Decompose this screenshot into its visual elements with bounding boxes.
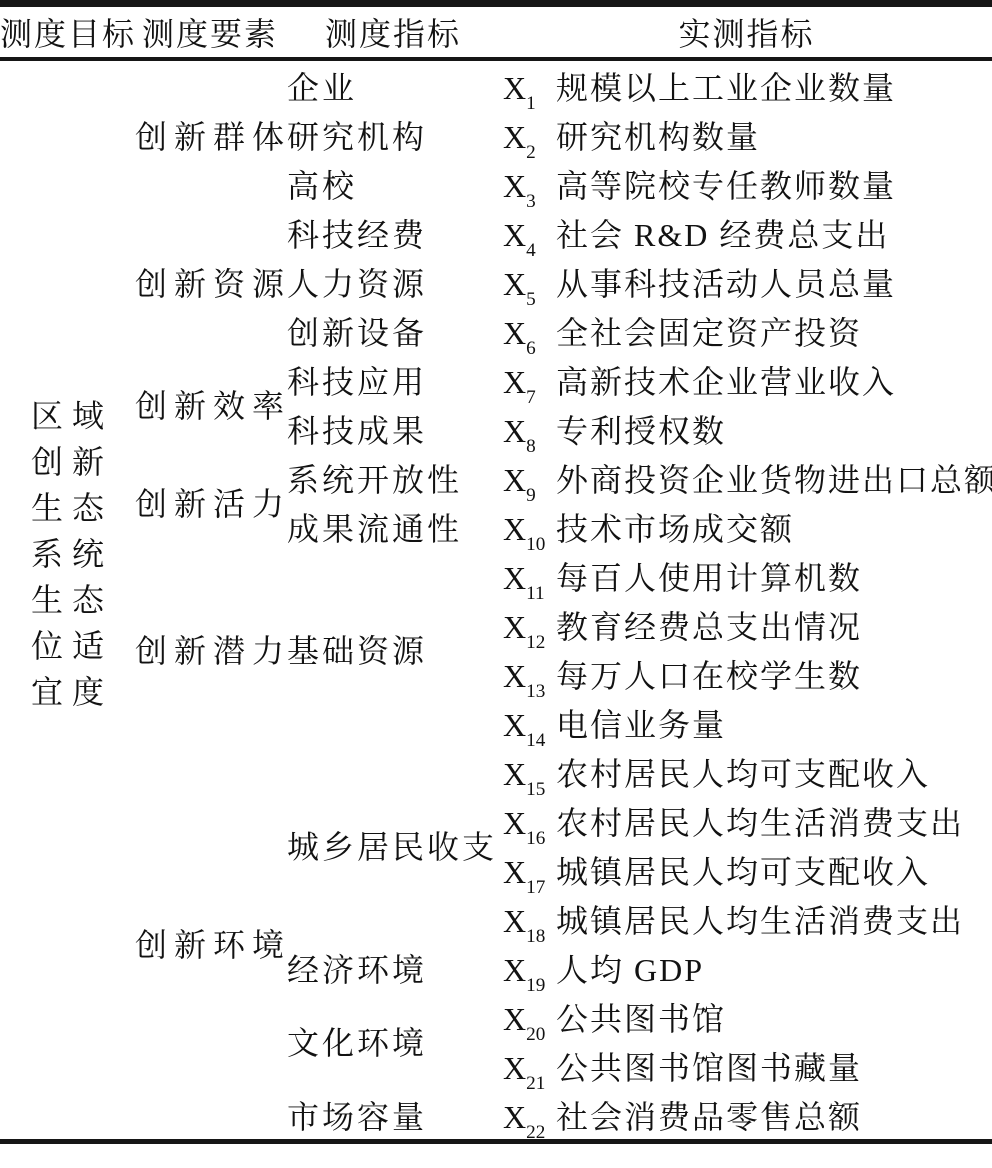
measured-cell: X4社会 R&D 经费总支出 (501, 208, 992, 257)
measured-text: 高新技术企业营业收入 (556, 364, 896, 400)
indicator-cell: 文化环境 (285, 992, 501, 1090)
paper-table-page: 测度目标 测度要素 测度指标 实测指标 区域创新生态系统生态位适宜度创新群体企业… (0, 0, 992, 1168)
target-line: 创新 (0, 439, 144, 485)
measurement-indicator-table: 测度目标 测度要素 测度指标 实测指标 区域创新生态系统生态位适宜度创新群体企业… (0, 0, 992, 1144)
element-cell: 创新活力 (135, 453, 285, 551)
measured-text: 城镇居民人均可支配收入 (556, 854, 930, 890)
target-line: 生态 (0, 577, 144, 623)
measured-cell: X1规模以上工业企业数量 (501, 59, 992, 110)
indicator-cell: 经济环境 (285, 943, 501, 992)
measured-cell: X19人均 GDP (501, 943, 992, 992)
target-line: 宜度 (0, 669, 144, 715)
measured-text: 社会消费品零售总额 (556, 1099, 862, 1135)
measured-symbol: X20 (503, 1001, 556, 1038)
measured-symbol: X5 (503, 266, 556, 303)
indicator-cell: 基础资源 (285, 551, 501, 747)
header-measure-indicator: 测度指标 (285, 4, 501, 60)
target-cell: 区域创新生态系统生态位适宜度 (0, 59, 135, 1142)
element-cell: 创新资源 (135, 208, 285, 355)
measured-text: 规模以上工业企业数量 (556, 70, 896, 106)
measured-text: 技术市场成交额 (556, 511, 794, 547)
measured-cell: X20公共图书馆 (501, 992, 992, 1041)
table-row: 创新活力系统开放性X9外商投资企业货物进出口总额 (0, 453, 992, 502)
measured-text: 研究机构数量 (556, 119, 760, 155)
target-line: 生态 (0, 485, 144, 531)
measured-text: 高等院校专任教师数量 (556, 168, 896, 204)
measured-cell: X15农村居民人均可支配收入 (501, 747, 992, 796)
measured-text: 城镇居民人均生活消费支出 (556, 903, 964, 939)
table-row: 区域创新生态系统生态位适宜度创新群体企业X1规模以上工业企业数量 (0, 59, 992, 110)
measured-cell: X3高等院校专任教师数量 (501, 159, 992, 208)
measured-symbol: X21 (503, 1050, 556, 1087)
measured-cell: X17城镇居民人均可支配收入 (501, 845, 992, 894)
measured-symbol: X3 (503, 168, 556, 205)
indicator-cell: 企业 (285, 59, 501, 110)
measured-text: 社会 R&D 经费总支出 (556, 217, 889, 253)
measured-symbol: X22 (503, 1099, 556, 1136)
measured-text: 农村居民人均生活消费支出 (556, 805, 964, 841)
table-body: 区域创新生态系统生态位适宜度创新群体企业X1规模以上工业企业数量研究机构X2研究… (0, 59, 992, 1142)
measured-symbol: X1 (503, 70, 556, 107)
measured-cell: X9外商投资企业货物进出口总额 (501, 453, 992, 502)
indicator-cell: 科技成果 (285, 404, 501, 453)
measured-symbol: X16 (503, 805, 556, 842)
measured-cell: X16农村居民人均生活消费支出 (501, 796, 992, 845)
target-line: 系统 (0, 531, 144, 577)
measured-symbol: X11 (503, 560, 556, 597)
table-row: 创新效率科技应用X7高新技术企业营业收入 (0, 355, 992, 404)
measured-symbol: X8 (503, 413, 556, 450)
measured-symbol: X18 (503, 903, 556, 940)
table-row: 创新环境城乡居民收支X15农村居民人均可支配收入 (0, 747, 992, 796)
measured-text: 全社会固定资产投资 (556, 315, 862, 351)
measured-text: 农村居民人均可支配收入 (556, 756, 930, 792)
measured-symbol: X4 (503, 217, 556, 254)
measured-cell: X8专利授权数 (501, 404, 992, 453)
header-measure-element: 测度要素 (135, 4, 285, 60)
measured-text: 公共图书馆 (556, 1001, 726, 1037)
indicator-cell: 人力资源 (285, 257, 501, 306)
measured-symbol: X10 (503, 511, 556, 548)
measured-text: 人均 GDP (556, 952, 704, 988)
measured-symbol: X15 (503, 756, 556, 793)
measured-cell: X21公共图书馆图书藏量 (501, 1041, 992, 1090)
target-text: 区域创新生态系统生态位适宜度 (0, 393, 135, 715)
measured-symbol: X14 (503, 707, 556, 744)
indicator-cell: 高校 (285, 159, 501, 208)
measured-cell: X7高新技术企业营业收入 (501, 355, 992, 404)
indicator-cell: 科技应用 (285, 355, 501, 404)
measured-text: 外商投资企业货物进出口总额 (556, 462, 992, 498)
target-line: 位适 (0, 623, 144, 669)
measured-cell: X11每百人使用计算机数 (501, 551, 992, 600)
measured-symbol: X6 (503, 315, 556, 352)
header-measure-target: 测度目标 (0, 4, 135, 60)
measured-cell: X13每万人口在校学生数 (501, 649, 992, 698)
measured-symbol: X9 (503, 462, 556, 499)
measured-text: 教育经费总支出情况 (556, 609, 862, 645)
element-cell: 创新效率 (135, 355, 285, 453)
indicator-cell: 研究机构 (285, 110, 501, 159)
measured-cell: X6全社会固定资产投资 (501, 306, 992, 355)
measured-cell: X10技术市场成交额 (501, 502, 992, 551)
element-cell: 创新环境 (135, 747, 285, 1142)
header-row: 测度目标 测度要素 测度指标 实测指标 (0, 4, 992, 60)
element-cell: 创新潜力 (135, 551, 285, 747)
indicator-cell: 创新设备 (285, 306, 501, 355)
measured-text: 公共图书馆图书藏量 (556, 1050, 862, 1086)
measured-cell: X14电信业务量 (501, 698, 992, 747)
indicator-cell: 城乡居民收支 (285, 747, 501, 943)
measured-symbol: X19 (503, 952, 556, 989)
measured-text: 电信业务量 (556, 707, 726, 743)
measured-text: 专利授权数 (556, 413, 726, 449)
table-row: 创新潜力基础资源X11每百人使用计算机数 (0, 551, 992, 600)
measured-cell: X22社会消费品零售总额 (501, 1090, 992, 1142)
measured-text: 每万人口在校学生数 (556, 658, 862, 694)
measured-text: 每百人使用计算机数 (556, 560, 862, 596)
measured-symbol: X7 (503, 364, 556, 401)
measured-text: 从事科技活动人员总量 (556, 266, 896, 302)
indicator-cell: 市场容量 (285, 1090, 501, 1142)
measured-symbol: X17 (503, 854, 556, 891)
measured-cell: X2研究机构数量 (501, 110, 992, 159)
indicator-cell: 科技经费 (285, 208, 501, 257)
table-row: 创新资源科技经费X4社会 R&D 经费总支出 (0, 208, 992, 257)
measured-cell: X18城镇居民人均生活消费支出 (501, 894, 992, 943)
measured-cell: X5从事科技活动人员总量 (501, 257, 992, 306)
table-header: 测度目标 测度要素 测度指标 实测指标 (0, 4, 992, 60)
measured-symbol: X12 (503, 609, 556, 646)
measured-symbol: X13 (503, 658, 556, 695)
measured-symbol: X2 (503, 119, 556, 156)
indicator-cell: 成果流通性 (285, 502, 501, 551)
element-cell: 创新群体 (135, 59, 285, 208)
target-line: 区域 (0, 393, 144, 439)
measured-cell: X12教育经费总支出情况 (501, 600, 992, 649)
header-measured-indicator: 实测指标 (501, 4, 992, 60)
indicator-cell: 系统开放性 (285, 453, 501, 502)
